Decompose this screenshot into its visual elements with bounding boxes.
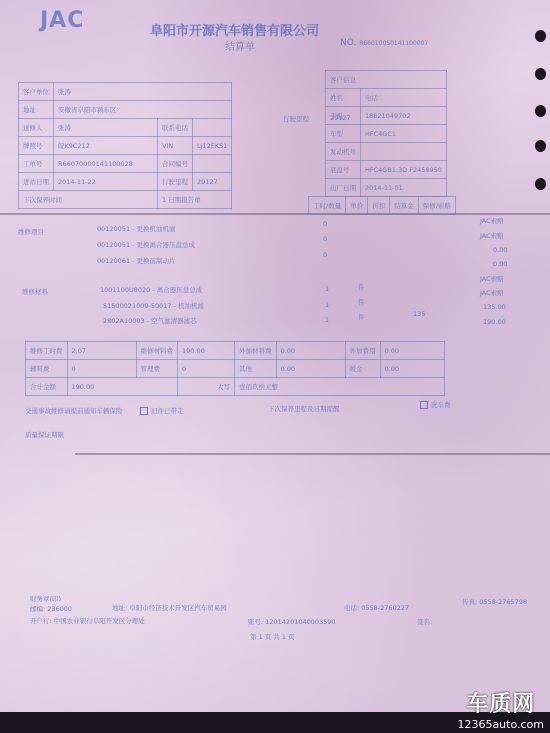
tractor-feed-hole <box>535 30 546 42</box>
settlement-slip: JAC 阜阳市开源汽车销售有限公司 结算单 NO. R660100S014110… <box>0 0 550 712</box>
company-name: 阜阳市开源汽车销售有限公司 <box>150 20 319 39</box>
repair-item: 00120051 - 更换机油机滤 <box>97 224 176 233</box>
watermark-brand: 车质网 <box>457 687 544 718</box>
material-item: S1500021009-50017 - 机油机滤 <box>103 301 204 310</box>
mileage-value: 29127 <box>330 114 351 122</box>
fax: 传真: 0558-2765798 <box>462 597 527 606</box>
watermark: 车质网 12365auto.com <box>457 687 544 731</box>
paper-fold <box>75 453 550 455</box>
repair-item: 00120051 - 更换离合器压盘总成 <box>97 240 195 249</box>
tractor-feed-hole <box>535 68 546 80</box>
car-wash-checkbox[interactable]: 洗车费 <box>420 400 451 409</box>
item-column-headers: 工时/数量 单价 折扣 结算金 保修/索赔 <box>308 196 456 215</box>
fee-summary-table: 维修工时费2.07 维修材料费190.00 外加材料费0.00 外加费用0.00… <box>25 341 445 396</box>
tractor-feed-hole <box>535 105 546 117</box>
watermark-url: 12365auto.com <box>457 718 544 731</box>
address: 地址: 阜阳市经济技术开发区汽车贸易园 <box>112 603 227 612</box>
repair-materials-label: 维修材料 <box>22 287 48 296</box>
materials-total: 190.00 <box>483 318 506 326</box>
repair-item: 00120061 - 更换前制动片 <box>97 256 176 265</box>
jac-logo: JAC <box>40 8 84 33</box>
insurance-note: 交通事故维修请提前通知车辆保险 <box>25 406 123 415</box>
tractor-feed-hole <box>535 178 546 190</box>
customer-info-table: 客户单位张涛 地址安徽省阜阳市颍东区 送修人张涛联系电话 牌照号皖K9C212V… <box>18 82 232 209</box>
tractor-feed-hole <box>535 140 546 152</box>
material-item: 2802A10003 - 空气滤清器滤芯 <box>103 316 197 325</box>
paper-fold <box>0 213 550 215</box>
page-number: 第 1 页 共 1 页 <box>250 632 295 641</box>
vehicle-detail-table: 客户信息 姓名电话 手机18821049702 车型HFC4GC1 发动机号 底… <box>325 70 447 197</box>
mileage-label: 行驶里程 <box>283 114 309 123</box>
postcode: 邮编: 236000 <box>30 604 72 613</box>
next-service-note: 下次保养里程及日期提醒 <box>268 404 340 413</box>
repair-items-label: 维修项目 <box>18 227 44 236</box>
checkbox-icon <box>420 401 428 409</box>
signature-label: 签名: <box>417 617 432 626</box>
document-number: NO. R660100S0141100007 <box>340 38 428 48</box>
bank-account: 账号: 12014201040003590 <box>248 617 336 626</box>
old-parts-checkbox[interactable]: 旧件已带走 <box>140 406 184 415</box>
document-title: 结算单 <box>225 38 255 53</box>
warranty-note: 质量保证期限 <box>25 430 64 439</box>
finance-seal-label: 财务章(印) <box>30 594 61 603</box>
material-item: 1001100U8020 - 离合器压盘总成 <box>100 285 202 294</box>
bank: 开户行: 中国农业银行阜阳开发区分理处 <box>30 616 145 625</box>
checkbox-icon <box>140 407 148 415</box>
phone: 电话: 0558-2760227 <box>344 603 409 612</box>
